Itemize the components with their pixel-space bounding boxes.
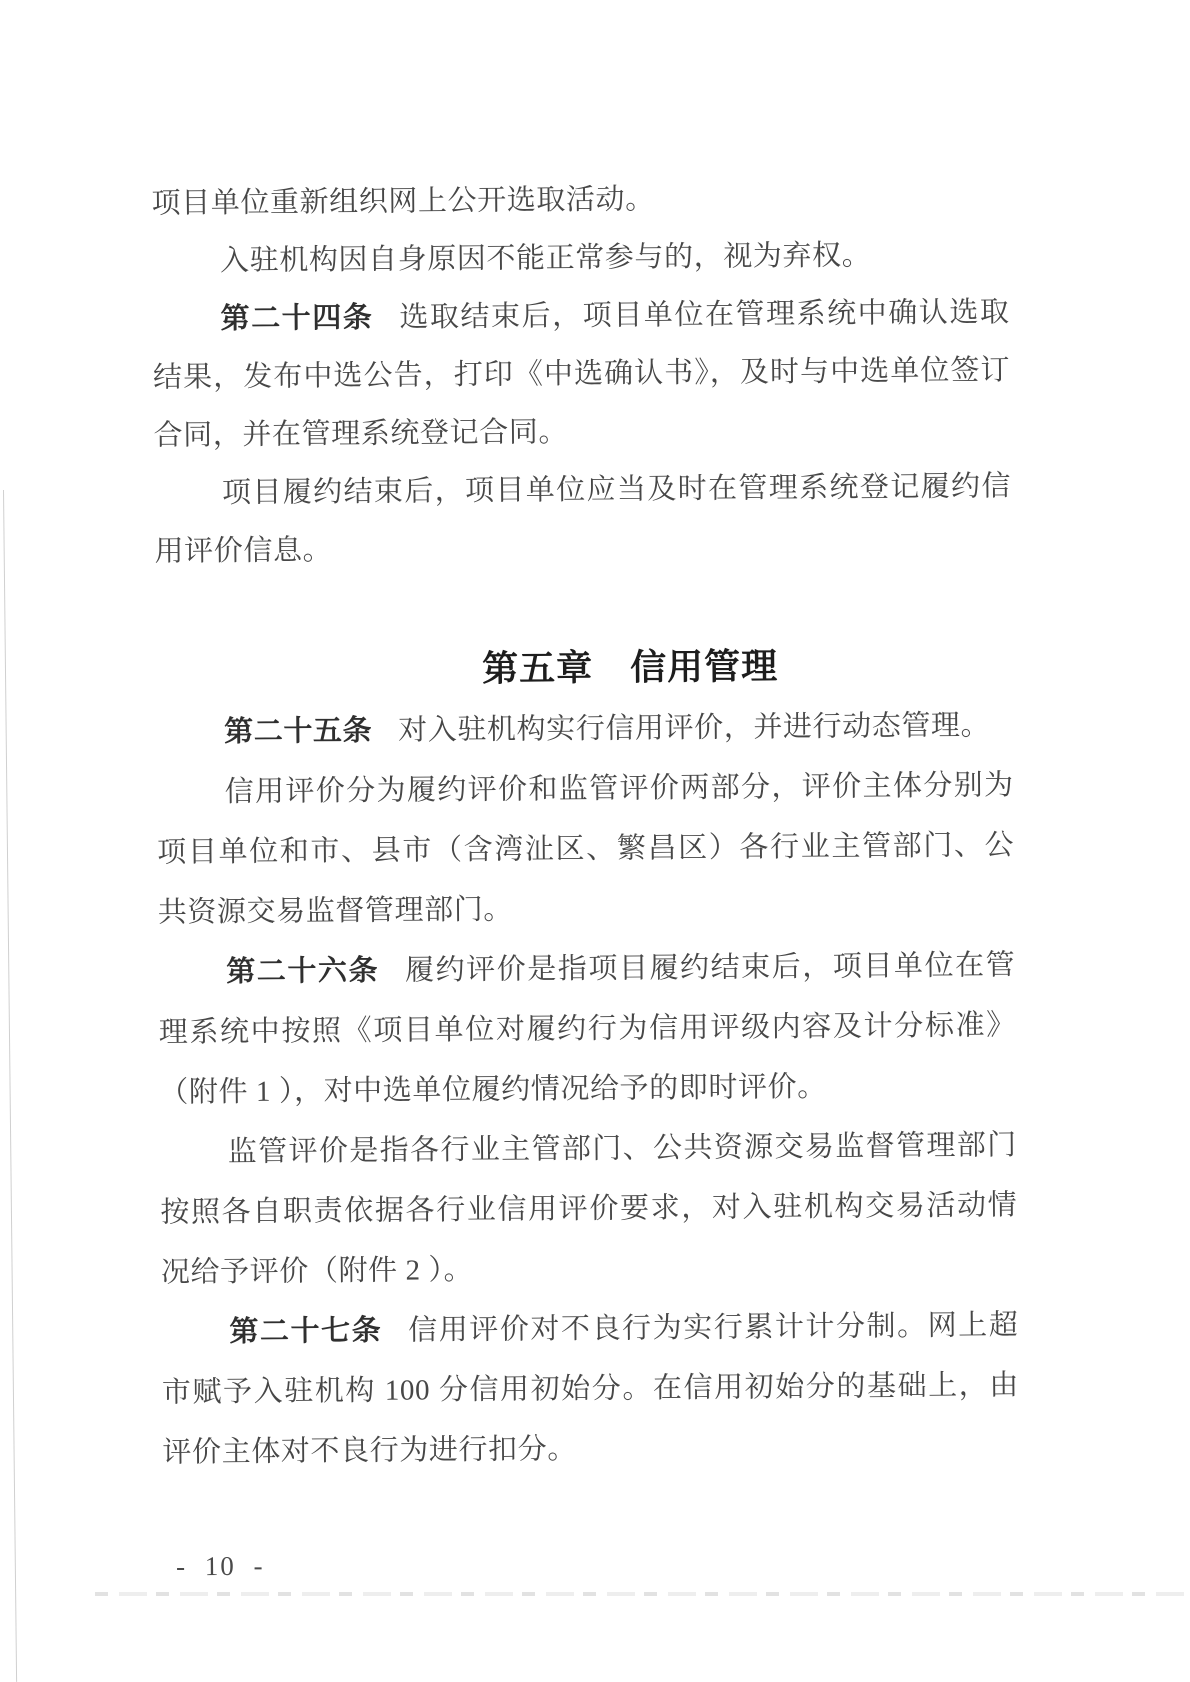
- paragraph: 第二十六条履约评价是指项目履约结束后，项目单位在管理系统中按照《项目单位对履约行…: [158, 935, 1017, 1122]
- document-page: 项目单位重新组织网上公开选取活动。入驻机构因自身原因不能正常参与的，视为弃权。第…: [0, 0, 1190, 1682]
- paragraph: 第二十七条信用评价对不良行为实行累计计分制。网上超市赋予入驻机构 100 分信用…: [161, 1295, 1020, 1482]
- paragraph-text: 项目履约结束后，项目单位应当及时在管理系统登记履约信用评价信息。: [154, 470, 1011, 567]
- paragraph: 项目单位重新组织网上公开选取活动。: [151, 167, 1008, 232]
- document-body: 项目单位重新组织网上公开选取活动。入驻机构因自身原因不能正常参与的，视为弃权。第…: [151, 167, 1019, 1482]
- article-number: 第二十七条: [229, 1315, 382, 1348]
- article-number: 第二十四条: [220, 302, 373, 335]
- paragraph: 信用评价分为履约评价和监管评价两部分，评价主体分别为项目单位和市、县市（含湾沚区…: [156, 755, 1015, 942]
- paragraph-text: 入驻机构因自身原因不能正常参与的，视为弃权。: [220, 239, 871, 277]
- page-number: - 10 -: [176, 1551, 265, 1583]
- paragraph-text: 项目单位重新组织网上公开选取活动。: [151, 183, 654, 219]
- scan-artifact-smudge-line: [95, 1592, 1190, 1596]
- chapter-heading: 第五章 信用管理: [201, 635, 1058, 700]
- paragraph-text: 监管评价是指各行业主管部门、公共资源交易监督管理部门按照各自职责依据各行业信用评…: [160, 1129, 1017, 1288]
- paragraph: 项目履约结束后，项目单位应当及时在管理系统登记履约信用评价信息。: [154, 457, 1012, 580]
- paragraph: 第二十四条选取结束后，项目单位在管理系统中确认选取结果，发布中选公告，打印《中选…: [152, 283, 1010, 464]
- paragraph: 入驻机构因自身原因不能正常参与的，视为弃权。: [152, 225, 1009, 290]
- scan-artifact-vertical-line: [3, 490, 17, 1682]
- paragraph-text: 信用评价分为履约评价和监管评价两部分，评价主体分别为项目单位和市、县市（含湾沚区…: [157, 769, 1014, 928]
- article-number: 第二十六条: [226, 955, 379, 988]
- paragraph-text: 对入驻机构实行信用评价，并进行动态管理。: [398, 709, 990, 746]
- article-number: 第二十五条: [224, 715, 372, 748]
- paragraph: 第二十五条对入驻机构实行信用评价，并进行动态管理。: [156, 695, 1013, 762]
- paragraph: 监管评价是指各行业主管部门、公共资源交易监督管理部门按照各自职责依据各行业信用评…: [160, 1115, 1019, 1302]
